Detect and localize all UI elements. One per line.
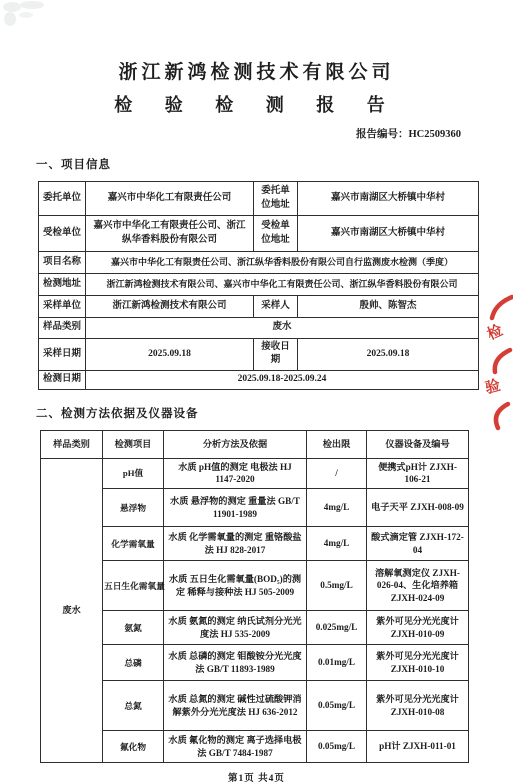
column-header: 样品类别	[41, 430, 103, 458]
field-value: 嘉兴市中华化工有限责任公司	[86, 182, 254, 216]
method-cell: 水质 五日生化需氧量(BOD₅)的测定 稀释与接种法 HJ 505-2009	[164, 561, 307, 611]
instrument-cell: 紫外可见分光光度计 ZJXH-010-10	[367, 645, 469, 681]
column-header: 仪器设备及编号	[367, 430, 469, 458]
instrument-cell: 溶解氧测定仪 ZJXH-026-04、生化培养箱 ZJXH-024-09	[367, 561, 469, 611]
report-title: 检 验 检 测 报 告	[0, 91, 513, 117]
field-label: 采样日期	[39, 339, 86, 371]
seal-char-bottom: 验	[483, 376, 502, 397]
method-cell: 水质 pH值的测定 电极法 HJ 1147-2020	[164, 458, 307, 489]
field-value: 2025.09.18	[298, 339, 479, 371]
method-cell: 水质 氟化物的测定 离子选择电极法 GB/T 7484-1987	[164, 731, 307, 763]
method-cell: 水质 悬浮物的测定 重量法 GB/T 11901-1989	[164, 489, 307, 527]
table-row: 悬浮物 水质 悬浮物的测定 重量法 GB/T 11901-1989 4mg/L …	[41, 489, 469, 527]
field-value: 嘉兴市中华化工有限责任公司、浙江纵华香料股份有限公司	[86, 216, 254, 252]
limit-cell: 0.025mg/L	[307, 611, 367, 645]
table-row: 废水 pH值 水质 pH值的测定 电极法 HJ 1147-2020 / 便携式p…	[41, 458, 469, 489]
method-cell: 水质 氨氮的测定 纳氏试剂分光光度法 HJ 535-2009	[164, 611, 307, 645]
field-value: 2025.09.18	[86, 339, 254, 371]
test-item: 化学需氧量	[103, 527, 164, 561]
column-header: 分析方法及依据	[164, 430, 307, 458]
instrument-cell: 便携式pH计 ZJXH-106-21	[367, 458, 469, 489]
limit-cell: 0.5mg/L	[307, 561, 367, 611]
instrument-cell: 电子天平 ZJXH-008-09	[367, 489, 469, 527]
field-label: 检测地址	[39, 274, 86, 296]
limit-cell: 0.05mg/L	[307, 731, 367, 763]
page-footer: 第1页 共4页	[0, 770, 513, 784]
table-row: 五日生化需氧量 水质 五日生化需氧量(BOD₅)的测定 稀释与接种法 HJ 50…	[41, 561, 469, 611]
limit-cell: 0.05mg/L	[307, 681, 367, 731]
table-row: 检测地址 浙江新鸿检测技术有限公司、嘉兴市中华化工有限责任公司、浙江纵华香料股份…	[39, 274, 479, 296]
field-label: 接收日期	[254, 339, 298, 371]
table-row: 检测日期 2025.09.18-2025.09.24	[39, 370, 479, 389]
field-label: 样品类别	[39, 318, 86, 339]
table-row: 氟化物 水质 氟化物的测定 离子选择电极法 GB/T 7484-1987 0.0…	[41, 731, 469, 763]
report-number-line: 报告编号：HC2509360	[0, 126, 513, 141]
method-cell: 水质 化学需氧量的测定 重铬酸盐法 HJ 828-2017	[164, 527, 307, 561]
field-value: 殷帅、陈智杰	[298, 296, 479, 318]
test-item: 氨氮	[103, 611, 164, 645]
table-row: 氨氮 水质 氨氮的测定 纳氏试剂分光光度法 HJ 535-2009 0.025m…	[41, 611, 469, 645]
field-label: 采样人	[254, 296, 298, 318]
limit-cell: /	[307, 458, 367, 489]
field-label: 项目名称	[39, 252, 86, 274]
column-header: 检出限	[307, 430, 367, 458]
field-value: 嘉兴市南湖区大桥镇中华村	[298, 182, 479, 216]
field-value: 浙江新鸿检测技术有限公司	[86, 296, 254, 318]
instrument-cell: 酸式滴定管 ZJXH-172-04	[367, 527, 469, 561]
test-item: 总磷	[103, 645, 164, 681]
seal-char-top: 检	[484, 321, 506, 344]
section2-heading: 二、检测方法依据及仪器设备	[36, 405, 513, 421]
test-item: 氟化物	[103, 731, 164, 763]
instrument-cell: 紫外可见分光光度计 ZJXH-010-08	[367, 681, 469, 731]
limit-cell: 4mg/L	[307, 489, 367, 527]
test-item: 五日生化需氧量	[103, 561, 164, 611]
column-header: 检测项目	[103, 430, 164, 458]
field-label: 委托单位地址	[254, 182, 298, 216]
test-item: pH值	[103, 458, 164, 489]
field-value: 嘉兴市南湖区大桥镇中华村	[298, 216, 479, 252]
field-label: 采样单位	[39, 296, 86, 318]
field-value: 嘉兴市中华化工有限责任公司、浙江纵华香料股份有限公司自行监测废水检测（季度）	[86, 252, 479, 274]
company-name: 浙江新鸿检测技术有限公司	[0, 0, 513, 84]
field-value: 浙江新鸿检测技术有限公司、嘉兴市中华化工有限责任公司、浙江纵华香料股份有限公司	[86, 274, 479, 296]
field-value: 2025.09.18-2025.09.24	[86, 370, 479, 389]
limit-cell: 0.01mg/L	[307, 645, 367, 681]
instrument-cell: 紫外可见分光光度计 ZJXH-010-09	[367, 611, 469, 645]
test-item: 总氮	[103, 681, 164, 731]
table-row: 采样单位 浙江新鸿检测技术有限公司 采样人 殷帅、陈智杰	[39, 296, 479, 318]
field-label: 受检单位	[39, 216, 86, 252]
table-row: 总氮 水质 总氮的测定 碱性过硫酸钾消解紫外分光光度法 HJ 636-2012 …	[41, 681, 469, 731]
table-row: 委托单位 嘉兴市中华化工有限责任公司 委托单位地址 嘉兴市南湖区大桥镇中华村	[39, 182, 479, 216]
method-cell: 水质 总氮的测定 碱性过硫酸钾消解紫外分光光度法 HJ 636-2012	[164, 681, 307, 731]
field-label: 委托单位	[39, 182, 86, 216]
report-number-value: HC2509360	[409, 129, 462, 140]
limit-cell: 4mg/L	[307, 527, 367, 561]
report-number-label: 报告编号：	[356, 129, 409, 140]
sample-category-cell: 废水	[41, 458, 103, 763]
table-row: 样品类别 废水	[39, 318, 479, 339]
table-row: 采样日期 2025.09.18 接收日期 2025.09.18	[39, 339, 479, 371]
section1-heading: 一、项目信息	[36, 156, 513, 172]
method-cell: 水质 总磷的测定 钼酸铵分光光度法 GB/T 11893-1989	[164, 645, 307, 681]
table-row: 化学需氧量 水质 化学需氧量的测定 重铬酸盐法 HJ 828-2017 4mg/…	[41, 527, 469, 561]
instrument-cell: pH计 ZJXH-011-01	[367, 731, 469, 763]
methods-instruments-table: 样品类别 检测项目 分析方法及依据 检出限 仪器设备及编号 废水 pH值 水质 …	[40, 430, 469, 764]
field-label: 受检单位地址	[254, 216, 298, 252]
table-row: 总磷 水质 总磷的测定 钼酸铵分光光度法 GB/T 11893-1989 0.0…	[41, 645, 469, 681]
report-page: 检 验 浙江新鸿检测技术有限公司 检 验 检 测 报 告 报告编号：HC2509…	[0, 0, 513, 784]
table-header-row: 样品类别 检测项目 分析方法及依据 检出限 仪器设备及编号	[41, 430, 469, 458]
table-row: 受检单位 嘉兴市中华化工有限责任公司、浙江纵华香料股份有限公司 受检单位地址 嘉…	[39, 216, 479, 252]
field-value: 废水	[86, 318, 479, 339]
test-item: 悬浮物	[103, 489, 164, 527]
field-label: 检测日期	[39, 370, 86, 389]
table-row: 项目名称 嘉兴市中华化工有限责任公司、浙江纵华香料股份有限公司自行监测废水检测（…	[39, 252, 479, 274]
project-info-table: 委托单位 嘉兴市中华化工有限责任公司 委托单位地址 嘉兴市南湖区大桥镇中华村 受…	[38, 181, 479, 390]
